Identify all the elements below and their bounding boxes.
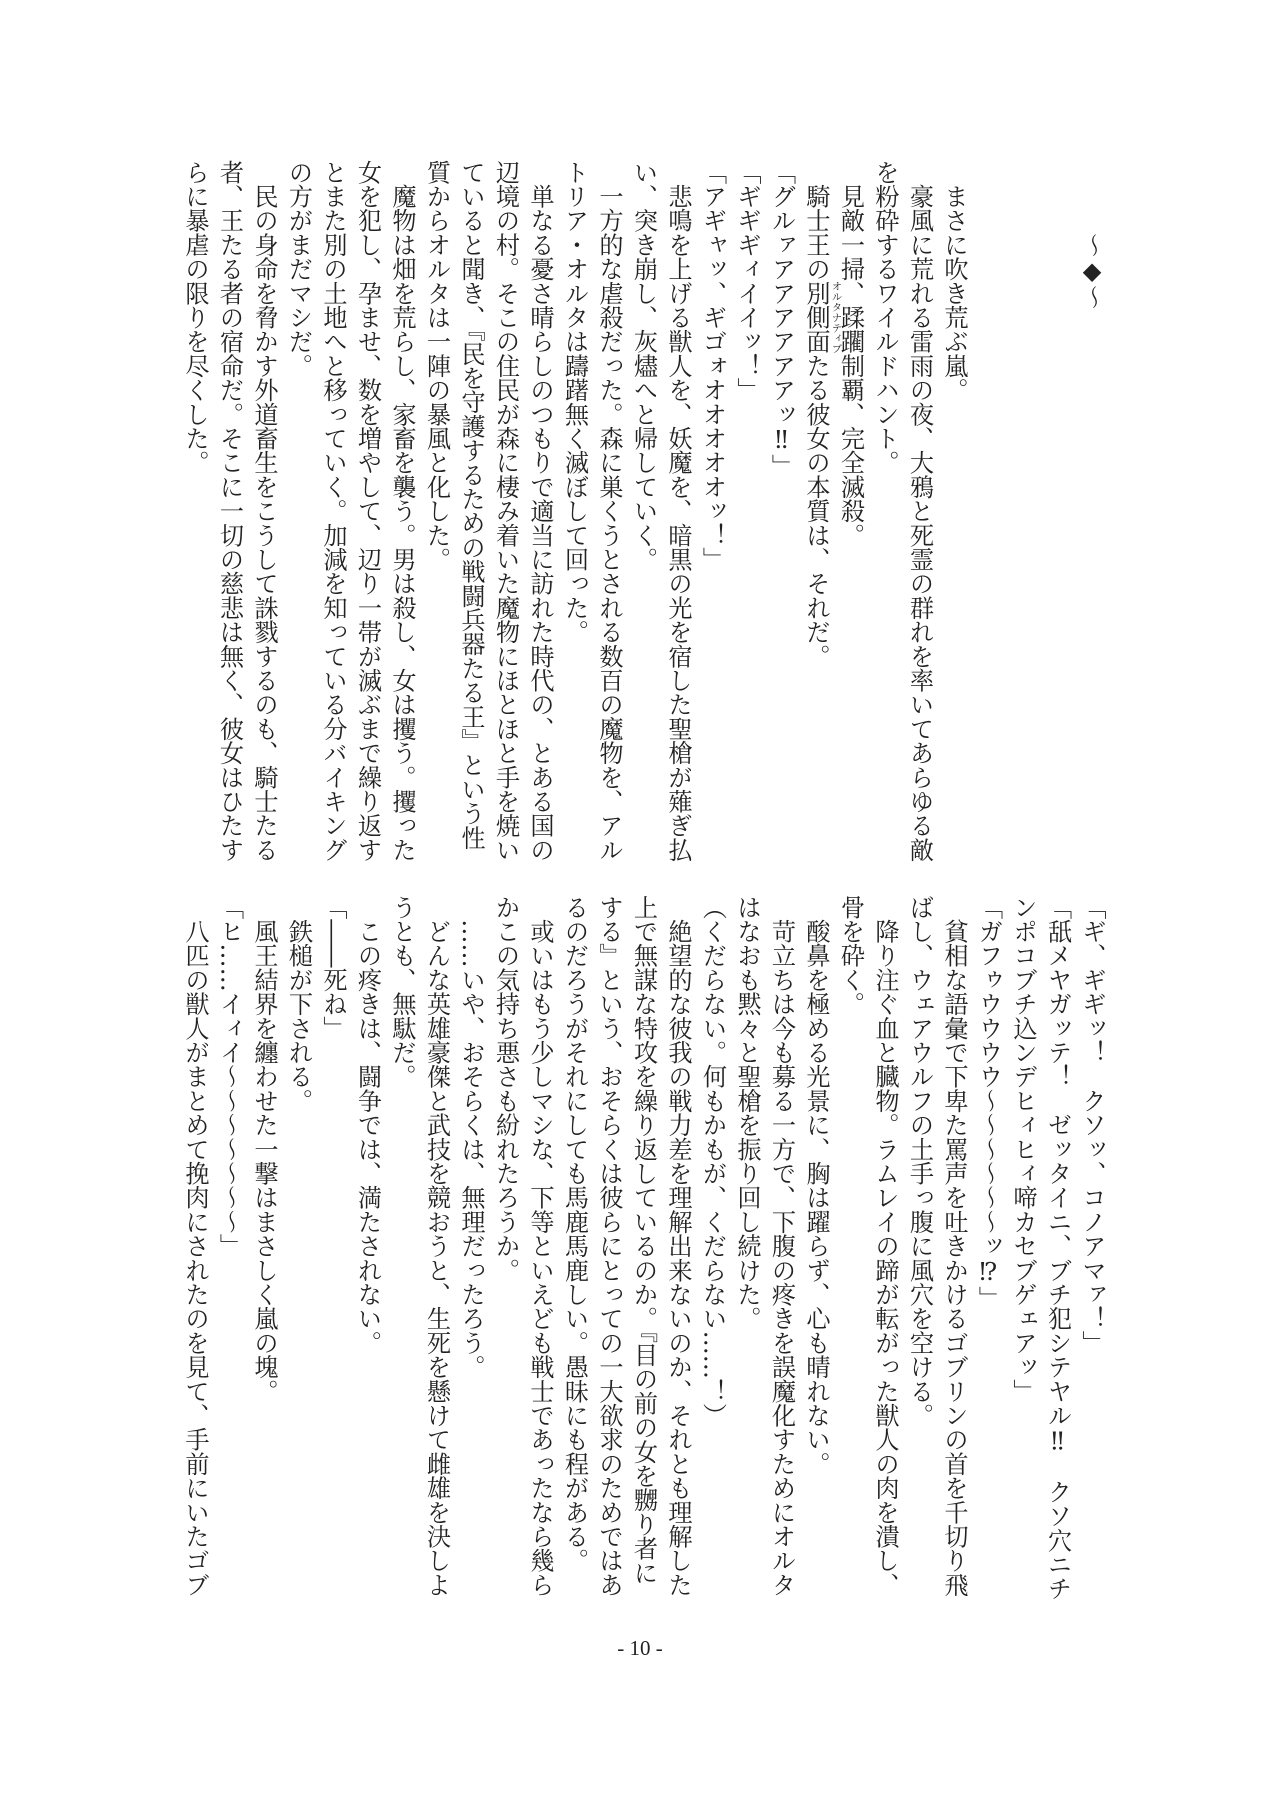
text-line: 辺境の村。そこの住民が森に棲み着いた魔物にほとほと手を焼い xyxy=(488,160,523,862)
blank-columns xyxy=(971,160,1075,862)
text-line: 単なる憂さ晴らしのつもりで適当に訪れた時代の、とある国の xyxy=(523,160,558,862)
text-line: 骨を砕く。 xyxy=(833,895,868,1597)
document-page: ～◆～ まさに吹き荒ぶ嵐。 豪風に荒れる雷雨の夜、大鴉と死霊の群れを率いてあらゆ… xyxy=(0,0,1280,1811)
text-line: 「舐メヤガッテ！ ゼッタイニ、ブチ犯シテヤル‼ クソ穴ニチ xyxy=(1040,895,1075,1597)
ruby-annotation: オルタナティブ xyxy=(830,281,841,354)
text-line: の方がまだマシだ。 xyxy=(281,160,316,862)
text-line-with-ruby: 騎士王の別側面たる彼女の本質は、それだ。オルタナティブ xyxy=(799,160,834,862)
text-line: 或いはもう少しマシな、下等といえども戦士であったなら幾ら xyxy=(523,895,558,1597)
text-line: ンポコブチ込ンデヒィヒィ啼カセブゲェアッ」 xyxy=(1006,895,1041,1597)
text-line: 豪風に荒れる雷雨の夜、大鴉と死霊の群れを率いてあらゆる敵 xyxy=(902,160,937,862)
text-line: 風王結界を纏わせた一撃はまさしく嵐の塊。 xyxy=(247,895,282,1597)
text-line: 上で無謀な特攻を繰り返しているのか。『目の前の女を嬲り者に xyxy=(626,895,661,1597)
lower-text-tier: 「ギ、ギギッ！ クソッ、コノアマァ！」 「舐メヤガッテ！ ゼッタイニ、ブチ犯シテ… xyxy=(177,895,1109,1597)
text-line: 「ガフゥウウウウ～～～～～～ッ⁉」 xyxy=(971,895,1006,1597)
text-line: どんな英雄豪傑と武技を競おうと、生死を懸けて雌雄を決しよ xyxy=(419,895,454,1597)
section-divider-ornament: ～◆～ xyxy=(1075,160,1110,862)
text-line: （くだらない。何もかもが、くだらない……！） xyxy=(695,895,730,1597)
text-line: 絶望的な彼我の戦力差を理解出来ないのか、それとも理解した xyxy=(661,895,696,1597)
text-line: 民の身命を脅かす外道畜生をこうして誅戮するのも、騎士たる xyxy=(247,160,282,862)
text-line: 質からオルタは一陣の暴風と化した。 xyxy=(419,160,454,862)
text-line: この疼きは、闘争では、満たされない。 xyxy=(350,895,385,1597)
text-line: 見敵一掃、蹂躙制覇、完全滅殺。 xyxy=(833,160,868,862)
text-line: はなおも黙々と聖槍を振り回し続けた。 xyxy=(730,895,765,1597)
text-line: 「――死ね」 xyxy=(316,895,351,1597)
text-line: ……いや、おそらくは、無理だったろう。 xyxy=(454,895,489,1597)
text-line: 女を犯し、孕ませ、数を増やして、辺り一帯が滅ぶまで繰り返す xyxy=(350,160,385,862)
text-line: るのだろうがそれにしても馬鹿馬鹿しい。愚昧にも程がある。 xyxy=(557,895,592,1597)
text-line: 者、王たる者の宿命だ。そこに一切の慈悲は無く、彼女はひたす xyxy=(212,160,247,862)
text-line: 一方的な虐殺だった。森に巣くうとされる数百の魔物を、アル xyxy=(592,160,627,862)
text-line: い、突き崩し、灰燼へと帰していく。 xyxy=(626,160,661,862)
text-line: らに暴虐の限りを尽くした。 xyxy=(178,160,213,862)
text-line: トリア・オルタは躊躇無く滅ぼして回った。 xyxy=(557,160,592,862)
text-line: 「ギギギィイイッ！」 xyxy=(730,160,765,862)
text-line: 悲鳴を上げる獣人を、妖魔を、暗黒の光を宿した聖槍が薙ぎ払 xyxy=(661,160,696,862)
text-line: 貧相な語彙で下卑た罵声を吐きかけるゴブリンの首を千切り飛 xyxy=(937,895,972,1597)
text-line: 降り注ぐ血と臓物。ラムレイの蹄が転がった獣人の肉を潰し、 xyxy=(868,895,903,1597)
text-line: 魔物は畑を荒らし、家畜を襲う。男は殺し、女は攫う。攫った xyxy=(385,160,420,862)
text-line: を粉砕するワイルドハント。 xyxy=(868,160,903,862)
text-line: うとも、無駄だ。 xyxy=(385,895,420,1597)
text-line: 酸鼻を極める光景に、胸は躍らず、心も晴れない。 xyxy=(799,895,834,1597)
text-segment: たる彼女の本質は、それだ。 xyxy=(802,354,830,669)
ruby-base: 別側面 xyxy=(802,281,830,354)
text-segment: 騎士王の xyxy=(802,160,830,281)
page-number: - 10 - xyxy=(0,1636,1280,1660)
text-line: 八匹の獣人がまとめて挽肉にされたのを見て、手前にいたゴブ xyxy=(178,895,213,1597)
text-line: とまた別の土地へと移っていく。加減を知っている分バイキング xyxy=(316,160,351,862)
text-line: かこの気持ち悪さも紛れたろうか。 xyxy=(488,895,523,1597)
text-line: ていると聞き、『民を守護するための戦闘兵器たる王』という性 xyxy=(454,160,489,862)
text-line: 鉄槌が下される。 xyxy=(281,895,316,1597)
upper-text-tier: ～◆～ まさに吹き荒ぶ嵐。 豪風に荒れる雷雨の夜、大鴉と死霊の群れを率いてあらゆ… xyxy=(177,160,1109,862)
text-line: 「アギャッ、ギゴォオオオオオッ！」 xyxy=(695,160,730,862)
text-line: する』という、おそらくは彼らにとっての一大欲求のためではあ xyxy=(592,895,627,1597)
text-line: 「ギ、ギギッ！ クソッ、コノアマァ！」 xyxy=(1075,895,1110,1597)
text-line: ばし、ウェアウルフの土手っ腹に風穴を空ける。 xyxy=(902,895,937,1597)
text-line: 「ヒ……イィイ～～～～～～～」 xyxy=(212,895,247,1597)
text-line: 「グルァアアアアアアッ‼」 xyxy=(764,160,799,862)
text-line: 苛立ちは今も募る一方で、下腹の疼きを誤魔化すためにオルタ xyxy=(764,895,799,1597)
text-line: まさに吹き荒ぶ嵐。 xyxy=(937,160,972,862)
